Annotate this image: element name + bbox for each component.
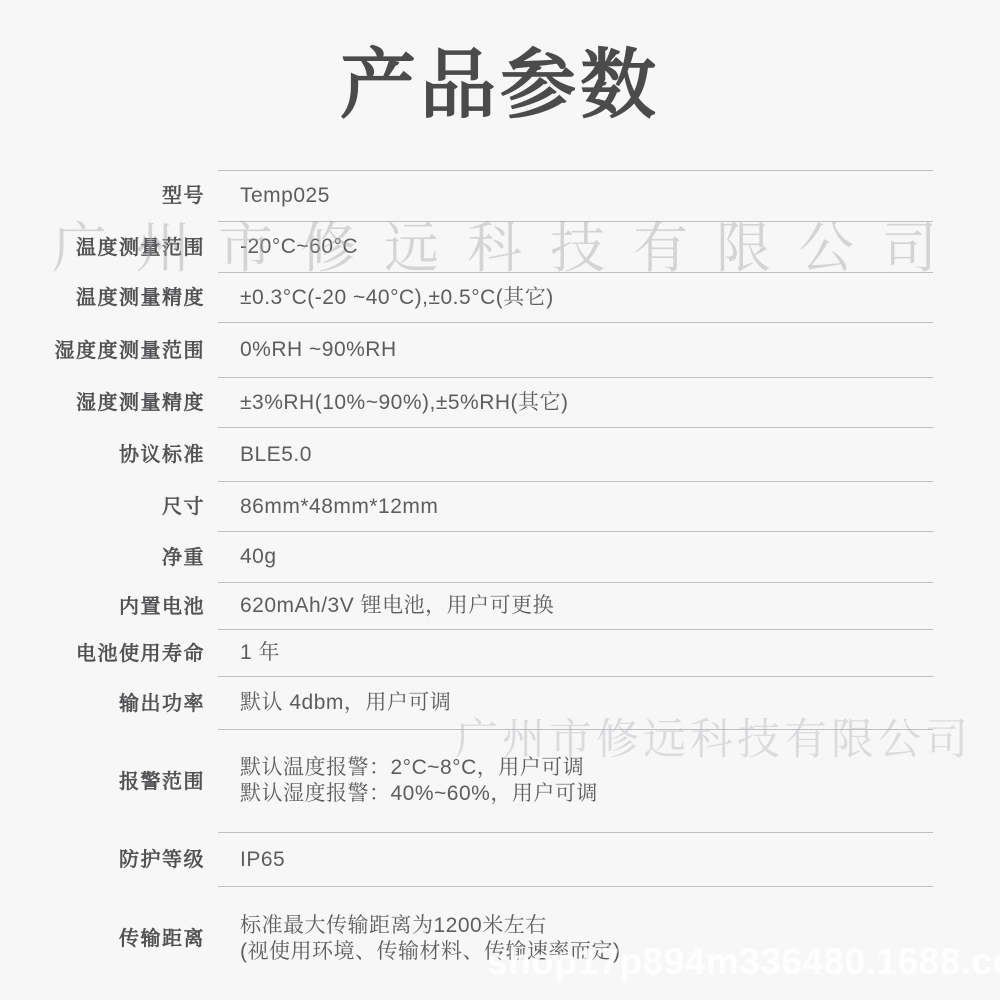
spec-label: 输出功率 xyxy=(0,692,205,716)
spec-value: 默认温度报警：2°C~8°C，用户可调默认湿度报警：40%~60%，用户可调 xyxy=(218,730,933,833)
spec-value-line: 默认温度报警：2°C~8°C，用户可调 xyxy=(240,755,933,781)
spec-value-line: 40g xyxy=(240,544,933,570)
table-row: 输出功率默认 4dbm，用户可调 xyxy=(0,677,933,730)
spec-label: 报警范围 xyxy=(0,770,205,794)
spec-label: 湿度度测量范围 xyxy=(0,339,205,363)
spec-value: 86mm*48mm*12mm xyxy=(218,482,933,532)
spec-table: 型号Temp025温度测量范围-20°C~60°C温度测量精度±0.3°C(-2… xyxy=(0,170,933,990)
spec-label: 温度测量精度 xyxy=(0,286,205,310)
page-title: 产品参数 xyxy=(0,24,1000,133)
spec-value-line: 默认湿度报警：40%~60%，用户可调 xyxy=(240,781,933,807)
spec-value: ±0.3°C(-20 ~40°C),±0.5°C(其它) xyxy=(218,273,933,323)
spec-value: 0%RH ~90%RH xyxy=(218,323,933,378)
spec-value-line: IP65 xyxy=(240,847,933,873)
table-row: 内置电池620mAh/3V 锂电池，用户可更换 xyxy=(0,583,933,630)
spec-label: 温度测量范围 xyxy=(0,236,205,260)
spec-value-line: ±3%RH(10%~90%),±5%RH(其它) xyxy=(240,390,933,416)
table-row: 净重40g xyxy=(0,532,933,583)
table-row: 温度测量范围-20°C~60°C xyxy=(0,222,933,273)
spec-value-line: ±0.3°C(-20 ~40°C),±0.5°C(其它) xyxy=(240,285,933,311)
spec-label: 电池使用寿命 xyxy=(0,642,205,666)
spec-value-line: 1 年 xyxy=(240,640,933,666)
spec-value-line: 86mm*48mm*12mm xyxy=(240,494,933,520)
spec-value: ±3%RH(10%~90%),±5%RH(其它) xyxy=(218,378,933,428)
spec-value: 620mAh/3V 锂电池，用户可更换 xyxy=(218,583,933,630)
spec-value: -20°C~60°C xyxy=(218,222,933,273)
spec-value: 1 年 xyxy=(218,630,933,677)
table-row: 电池使用寿命1 年 xyxy=(0,630,933,677)
spec-value-line: 默认 4dbm，用户可调 xyxy=(240,690,933,716)
table-row: 报警范围默认温度报警：2°C~8°C，用户可调默认湿度报警：40%~60%，用户… xyxy=(0,730,933,833)
spec-label: 防护等级 xyxy=(0,848,205,872)
spec-value-line: BLE5.0 xyxy=(240,442,933,468)
table-row: 湿度测量精度±3%RH(10%~90%),±5%RH(其它) xyxy=(0,378,933,428)
spec-label: 净重 xyxy=(0,546,205,570)
spec-label: 尺寸 xyxy=(0,495,205,519)
spec-value-line: (视使用环境、传输材料、传输速率而定) xyxy=(240,939,933,965)
table-row: 传输距离标准最大传输距离为1200米左右(视使用环境、传输材料、传输速率而定) xyxy=(0,887,933,990)
spec-value-line: -20°C~60°C xyxy=(240,234,933,260)
spec-label: 湿度测量精度 xyxy=(0,391,205,415)
spec-label: 协议标准 xyxy=(0,443,205,467)
spec-value: 40g xyxy=(218,532,933,583)
table-row: 防护等级IP65 xyxy=(0,833,933,887)
spec-value: 默认 4dbm，用户可调 xyxy=(218,677,933,730)
spec-value: IP65 xyxy=(218,833,933,887)
table-row: 温度测量精度±0.3°C(-20 ~40°C),±0.5°C(其它) xyxy=(0,273,933,323)
table-row: 协议标准BLE5.0 xyxy=(0,428,933,482)
product-spec-sheet: 产品参数 型号Temp025温度测量范围-20°C~60°C温度测量精度±0.3… xyxy=(0,0,1000,1000)
spec-label: 传输距离 xyxy=(0,927,205,951)
spec-value: Temp025 xyxy=(218,170,933,222)
table-row: 尺寸86mm*48mm*12mm xyxy=(0,482,933,532)
spec-value: 标准最大传输距离为1200米左右(视使用环境、传输材料、传输速率而定) xyxy=(218,887,933,990)
spec-value-line: 0%RH ~90%RH xyxy=(240,337,933,363)
table-row: 型号Temp025 xyxy=(0,170,933,222)
spec-value-line: 标准最大传输距离为1200米左右 xyxy=(240,913,933,939)
spec-label: 内置电池 xyxy=(0,595,205,619)
table-row: 湿度度测量范围0%RH ~90%RH xyxy=(0,323,933,378)
spec-value-line: 620mAh/3V 锂电池，用户可更换 xyxy=(240,593,933,619)
spec-value-line: Temp025 xyxy=(240,183,933,209)
spec-label: 型号 xyxy=(0,184,205,208)
spec-value: BLE5.0 xyxy=(218,428,933,482)
